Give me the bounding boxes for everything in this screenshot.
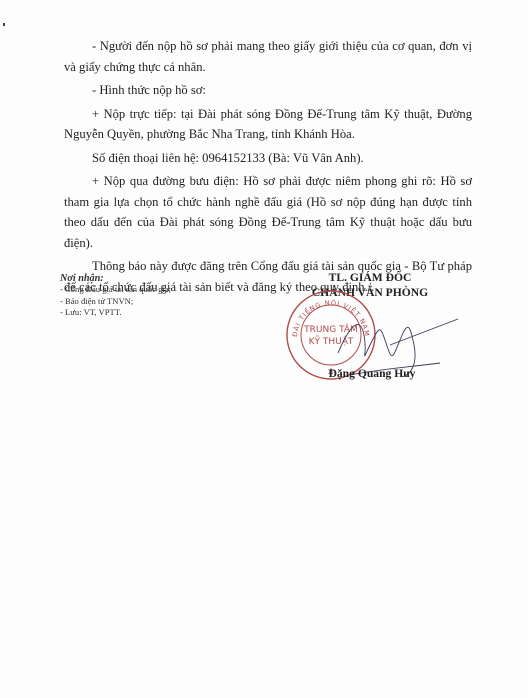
paragraph-contact-phone: Số điện thoại liên hệ: 0964152133 (Bà: V… bbox=[64, 148, 472, 169]
recipient-item: - Lưu: VT, VPTT. bbox=[60, 307, 171, 318]
paragraph-direct-submission: + Nộp trực tiếp: tại Đài phát sóng Đồng … bbox=[64, 104, 472, 145]
recipients-title: Nơi nhận: bbox=[60, 273, 171, 284]
recipient-item: - Báo điện tử TNVN; bbox=[60, 296, 171, 307]
paragraph-applicant-docs: - Người đến nộp hồ sơ phải mang theo giấ… bbox=[64, 36, 472, 77]
scan-speck bbox=[3, 23, 5, 26]
recipient-item: - Cổng Đấu giá tài sản quốc gia; bbox=[60, 284, 171, 295]
handwritten-signature-icon bbox=[330, 305, 460, 395]
signer-name: Đặng Quang Huy bbox=[297, 367, 447, 380]
document-body: - Người đến nộp hồ sơ phải mang theo giấ… bbox=[64, 36, 472, 297]
signature-line-1: TL. GIÁM ĐỐC bbox=[290, 270, 450, 285]
paragraph-postal-submission: + Nộp qua đường bưu điện: Hồ sơ phải đượ… bbox=[64, 171, 472, 253]
paragraph-submission-methods: - Hình thức nộp hồ sơ: bbox=[64, 80, 472, 101]
recipients-block: Nơi nhận: - Cổng Đấu giá tài sản quốc gi… bbox=[60, 273, 171, 319]
